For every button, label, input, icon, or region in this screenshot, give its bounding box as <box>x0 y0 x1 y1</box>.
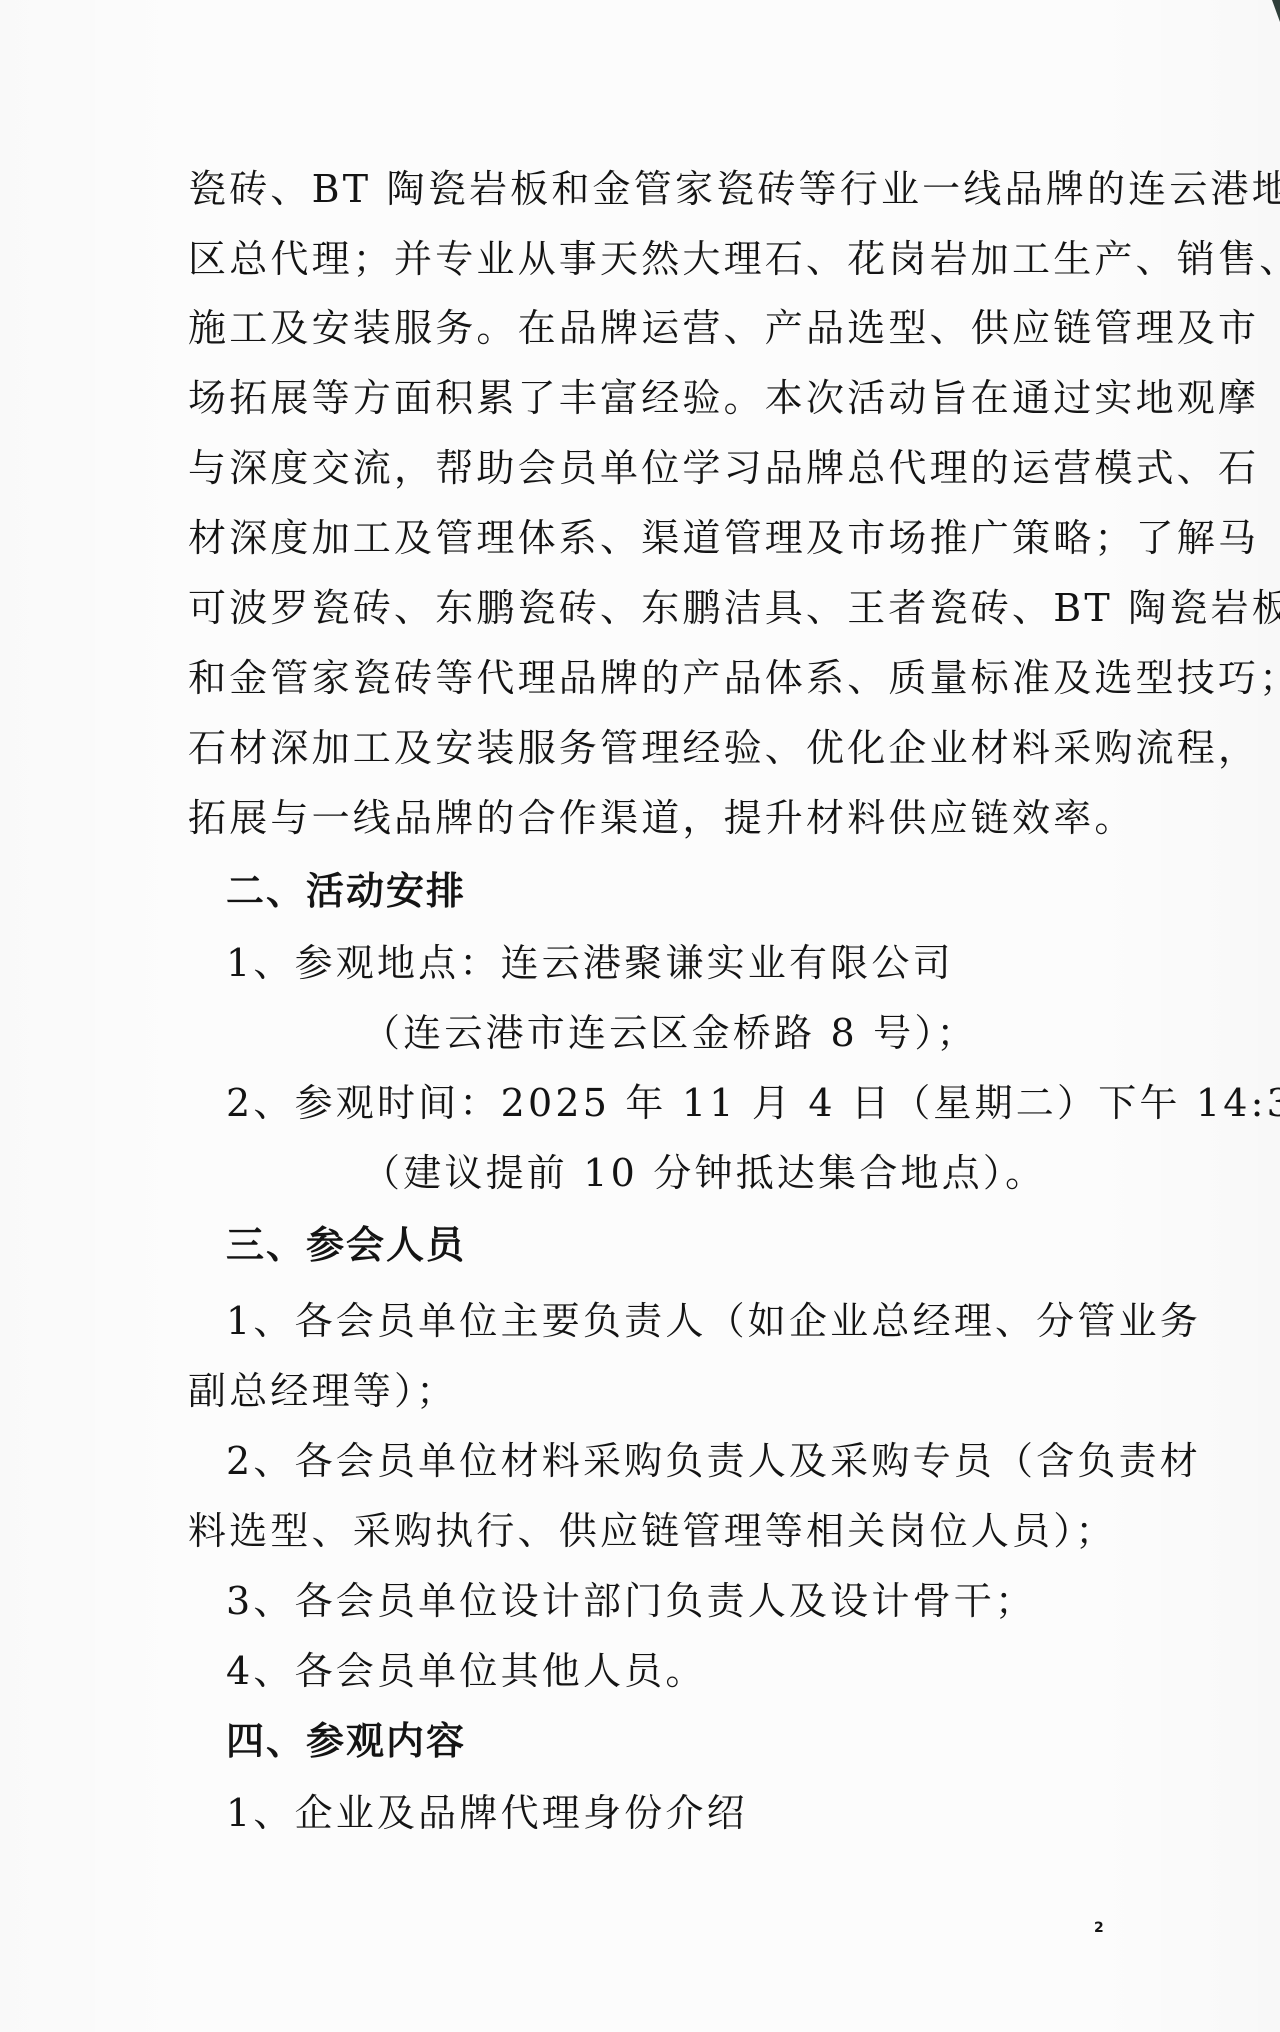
paragraph-line: 拓展与一线品牌的合作渠道，提升材料供应链效率。 <box>188 795 1136 841</box>
paragraph-line: 和金管家瓷砖等代理品牌的产品体系、质量标准及选型技巧； <box>188 655 1280 701</box>
list-item-continuation: 料选型、采购执行、供应链管理等相关岗位人员）； <box>188 1508 1117 1554</box>
page-number: 2 <box>1094 1920 1104 1936</box>
list-item-continuation: 副总经理等）； <box>188 1368 457 1414</box>
paragraph-line: 可波罗瓷砖、东鹏瓷砖、东鹏洁具、王者瓷砖、BT 陶瓷岩板 <box>188 585 1280 631</box>
scan-corner-mark <box>1272 0 1280 22</box>
list-item: 4、各会员单位其他人员。 <box>226 1648 707 1694</box>
paragraph-line: 区总代理；并专业从事天然大理石、花岗岩加工生产、销售、 <box>188 236 1280 282</box>
document-page: 瓷砖、BT 陶瓷岩板和金管家瓷砖等行业一线品牌的连云港地 区总代理；并专业从事天… <box>0 0 1280 2032</box>
list-item: 2、各会员单位材料采购负责人及采购专员（含负责材 <box>226 1438 1201 1484</box>
paragraph-line: 石材深加工及安装服务管理经验、优化企业材料采购流程， <box>188 725 1259 771</box>
section-heading: 四、参观内容 <box>226 1718 466 1764</box>
list-item: 3、各会员单位设计部门负责人及设计骨干； <box>226 1578 1036 1624</box>
list-item-time: 2、参观时间：2025 年 11 月 4 日（星期二）下午 14:30 <box>226 1080 1280 1126</box>
list-item-location-address: （连云港市连云区金桥路 8 号）； <box>362 1010 978 1056</box>
paragraph-line: 施工及安装服务。在品牌运营、产品选型、供应链管理及市 <box>188 305 1259 351</box>
paragraph-line: 与深度交流，帮助会员单位学习品牌总代理的运营模式、石 <box>188 445 1259 491</box>
paragraph-line: 瓷砖、BT 陶瓷岩板和金管家瓷砖等行业一线品牌的连云港地 <box>188 166 1280 212</box>
paragraph-line: 材深度加工及管理体系、渠道管理及市场推广策略；了解马 <box>188 515 1259 561</box>
paragraph-line: 场拓展等方面积累了丰富经验。本次活动旨在通过实地观摩 <box>188 375 1259 421</box>
list-item-location: 1、参观地点：连云港聚谦实业有限公司 <box>226 940 954 986</box>
section-heading: 二、活动安排 <box>226 868 466 914</box>
section-heading: 三、参会人员 <box>226 1222 466 1268</box>
list-item: 1、各会员单位主要负责人（如企业总经理、分管业务 <box>226 1298 1201 1344</box>
list-item-time-note: （建议提前 10 分钟抵达集合地点）。 <box>362 1150 1046 1196</box>
list-item: 1、企业及品牌代理身份介绍 <box>226 1790 748 1836</box>
